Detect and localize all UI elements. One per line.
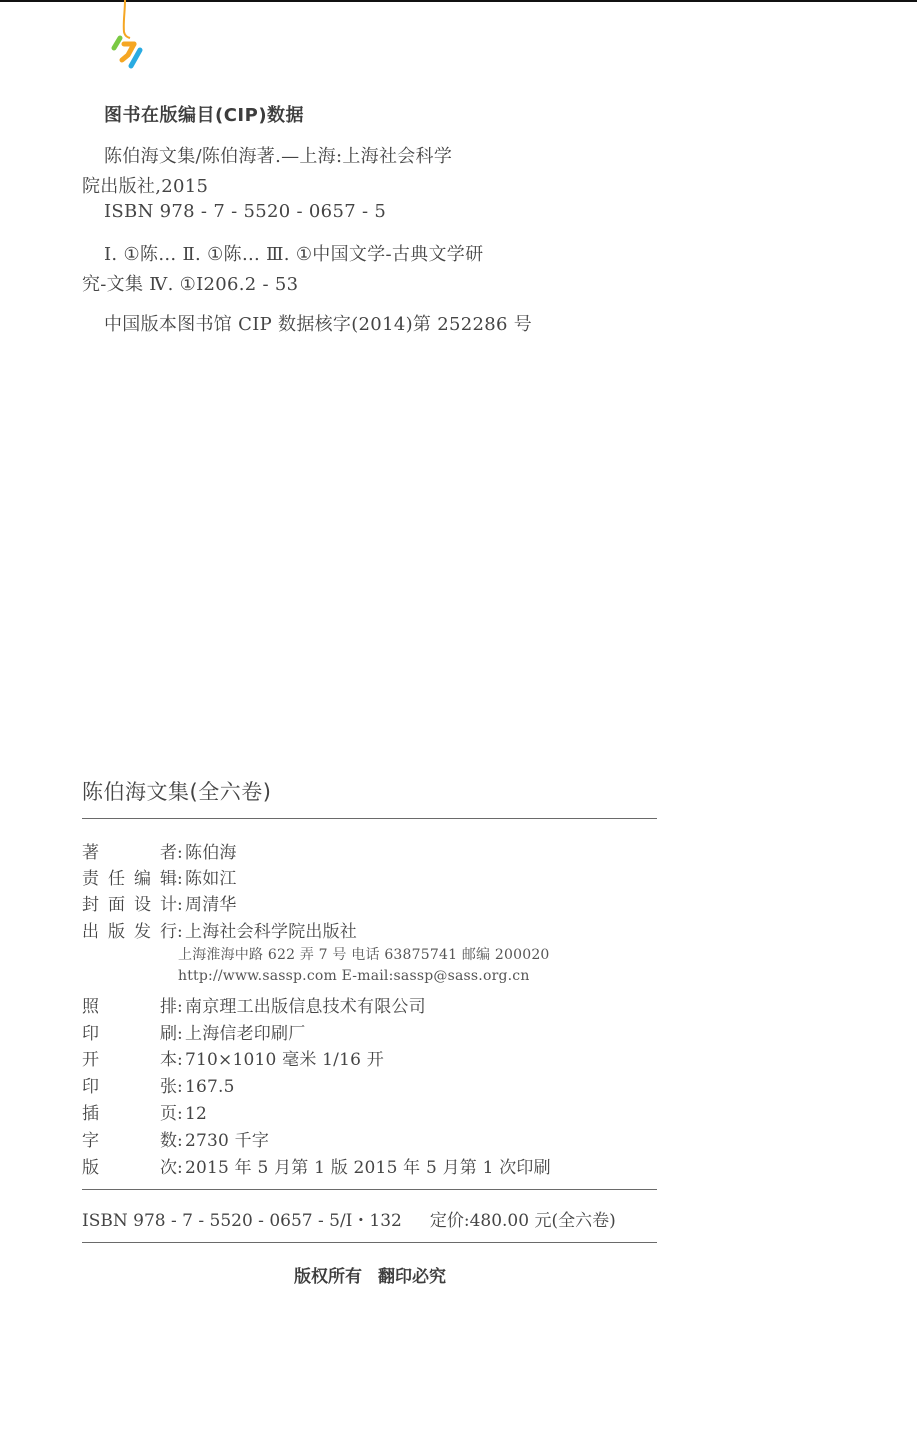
- field-author: 著者:陈伯海: [82, 838, 237, 863]
- field-label: 责任编辑: [82, 864, 177, 889]
- copyright-notice: 版权所有 翻印必究: [0, 1262, 740, 1287]
- publisher-web: http://www.sassp.com E-mail:sassp@sass.o…: [178, 968, 530, 984]
- field-edition: 版次:2015 年 5 月第 1 版 2015 年 5 月第 1 次印刷: [82, 1153, 551, 1178]
- field-label: 印张: [82, 1072, 177, 1097]
- field-editor: 责任编辑:陈如江: [82, 864, 237, 889]
- publisher-address: 上海淮海中路 622 弄 7 号 电话 63875741 邮编 200020: [178, 944, 550, 964]
- cip-publisher-line: 院出版社,2015: [82, 172, 208, 198]
- field-value: 上海信老印刷厂: [185, 1024, 305, 1044]
- isbn-full: ISBN 978 - 7 - 5520 - 0657 - 5/I・132: [82, 1211, 402, 1231]
- field-value: 上海社会科学院出版社: [185, 922, 357, 942]
- field-value: 2730 千字: [185, 1131, 269, 1151]
- book-title: 陈伯海文集(全六卷): [82, 776, 271, 806]
- field-format: 开本:710×1010 毫米 1/16 开: [82, 1045, 384, 1070]
- field-value: 2015 年 5 月第 1 版 2015 年 5 月第 1 次印刷: [185, 1158, 551, 1178]
- cip-title-line: 陈伯海文集/陈伯海著.—上海:上海社会科学: [104, 142, 452, 168]
- field-label: 字数: [82, 1126, 177, 1151]
- publisher-logo-icon: [100, 0, 150, 75]
- field-label: 著者: [82, 838, 177, 863]
- field-label: 版次: [82, 1153, 177, 1178]
- cip-classification-line1: Ⅰ. ①陈… Ⅱ. ①陈… Ⅲ. ①中国文学-古典文学研: [104, 240, 483, 266]
- field-typesetting: 照排:南京理工出版信息技术有限公司: [82, 992, 426, 1017]
- field-word-count: 字数:2730 千字: [82, 1126, 269, 1151]
- field-publisher: 出版发行:上海社会科学院出版社: [82, 917, 357, 942]
- price: 定价:480.00 元(全六卷): [430, 1211, 616, 1231]
- field-value: 陈如江: [185, 869, 237, 889]
- field-label: 照排: [82, 992, 177, 1017]
- field-value: 陈伯海: [185, 843, 237, 863]
- field-label: 开本: [82, 1045, 177, 1070]
- isbn-price-line: ISBN 978 - 7 - 5520 - 0657 - 5/I・132定价:4…: [82, 1206, 616, 1231]
- cip-isbn: ISBN 978 - 7 - 5520 - 0657 - 5: [104, 201, 386, 222]
- isbn-top-divider: [82, 1189, 657, 1190]
- field-printing: 印刷:上海信老印刷厂: [82, 1019, 305, 1044]
- cip-number: 中国版本图书馆 CIP 数据核字(2014)第 252286 号: [104, 310, 532, 336]
- field-cover-design: 封面设计:周清华: [82, 890, 237, 915]
- field-value: 12: [185, 1104, 207, 1124]
- field-value: 南京理工出版信息技术有限公司: [185, 997, 426, 1017]
- field-value: 周清华: [185, 895, 237, 915]
- cip-classification-line2: 究-文集 Ⅳ. ①I206.2 - 53: [82, 270, 298, 296]
- field-label: 插页: [82, 1099, 177, 1124]
- isbn-bottom-divider: [82, 1242, 657, 1243]
- cip-heading: 图书在版编目(CIP)数据: [104, 101, 304, 127]
- field-inserts: 插页:12: [82, 1099, 207, 1124]
- field-label: 出版发行: [82, 917, 177, 942]
- field-value: 710×1010 毫米 1/16 开: [185, 1050, 384, 1070]
- field-label: 封面设计: [82, 890, 177, 915]
- title-divider: [82, 818, 657, 819]
- field-label: 印刷: [82, 1019, 177, 1044]
- field-value: 167.5: [185, 1077, 235, 1097]
- field-sheets: 印张:167.5: [82, 1072, 235, 1097]
